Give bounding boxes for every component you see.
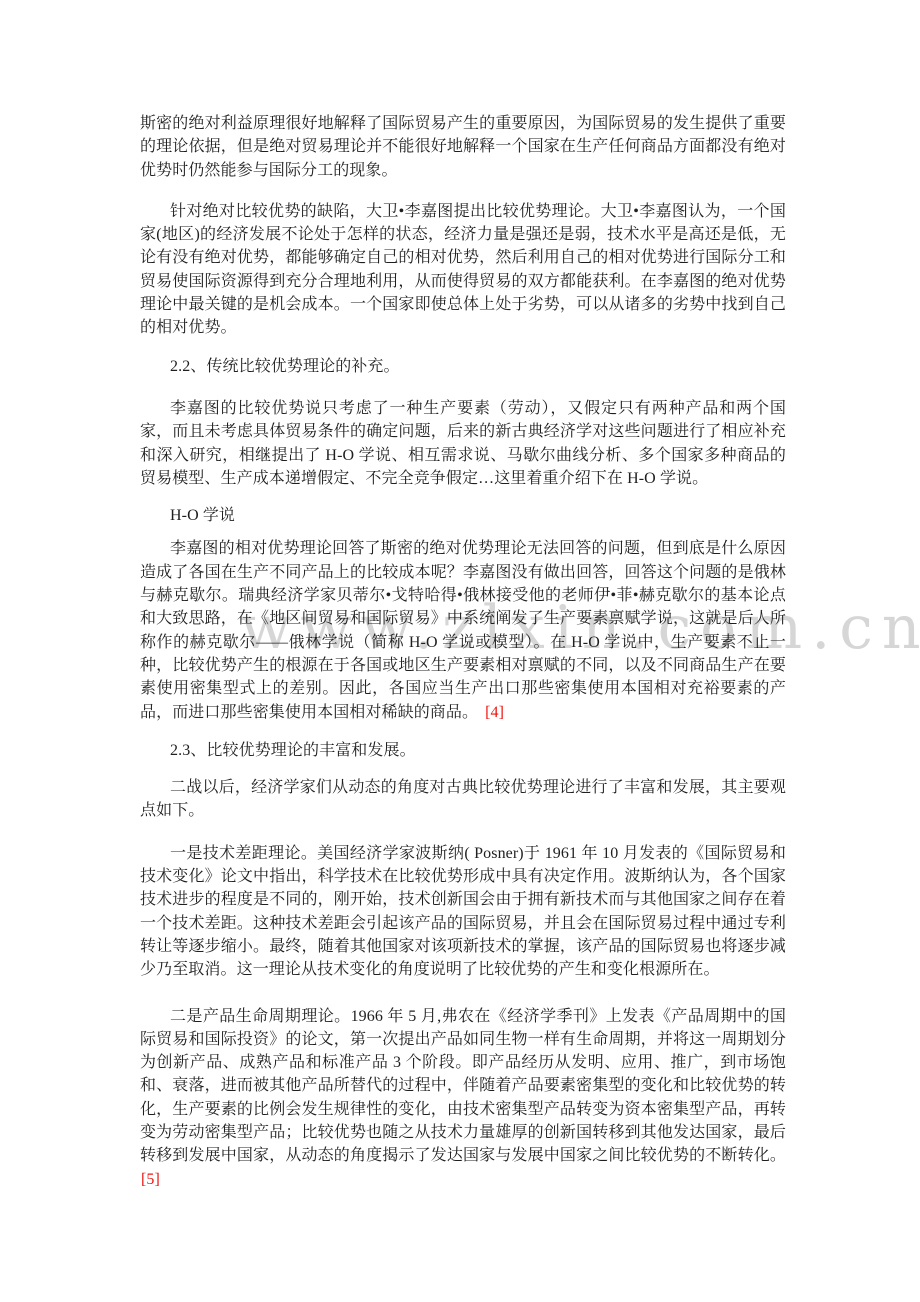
paragraph-ricardo-theory: 针对绝对比较优势的缺陷，大卫•李嘉图提出比较优势理论。大卫•李嘉图认为，一个国家…: [140, 200, 786, 340]
paragraph-technology-gap-theory: 一是技术差距理论。美国经济学家波斯纳( Posner)于 1961 年 10 月…: [140, 842, 786, 982]
paragraph-h-o-theory: 李嘉图的相对优势理论回答了斯密的绝对优势理论无法回答的问题，但到底是什么原因造成…: [140, 537, 786, 723]
paragraph-neoclassical-supplement: 李嘉图的比较优势说只考虑了一种生产要素（劳动），又假定只有两种产品和两个国家，而…: [140, 397, 786, 490]
paragraph-h-o-theory-text: 李嘉图的相对优势理论回答了斯密的绝对优势理论无法回答的问题，但到底是什么原因造成…: [140, 540, 786, 720]
paragraph-postwar-development: 二战以后，经济学家们从动态的角度对古典比较优势理论进行了丰富和发展，其主要观点如…: [140, 776, 786, 823]
paragraph-product-life-cycle-theory: 二是产品生命周期理论。1966 年 5 月,弗农在《经济学季刊》上发表《产品周期…: [140, 1005, 786, 1191]
section-heading-2-2: 2.2、传统比较优势理论的补充。: [140, 355, 786, 378]
paragraph-smith-continuation: 斯密的绝对利益原理很好地解释了国际贸易产生的重要原因，为国际贸易的发生提供了重要…: [140, 112, 786, 182]
citation-ref-5[interactable]: [5]: [141, 1171, 160, 1188]
paragraph-product-life-cycle-text: 二是产品生命周期理论。1966 年 5 月,弗农在《经济学季刊》上发表《产品周期…: [140, 1008, 786, 1165]
document-content: 斯密的绝对利益原理很好地解释了国际贸易产生的重要原因，为国际贸易的发生提供了重要…: [140, 112, 786, 1191]
citation-ref-4[interactable]: [4]: [485, 704, 504, 721]
document-page: www.zlxin.com.cn 斯密的绝对利益原理很好地解释了国际贸易产生的重…: [0, 0, 920, 1302]
section-heading-h-o: H-O 学说: [140, 504, 786, 527]
section-heading-2-3: 2.3、比较优势理论的丰富和发展。: [140, 739, 786, 762]
